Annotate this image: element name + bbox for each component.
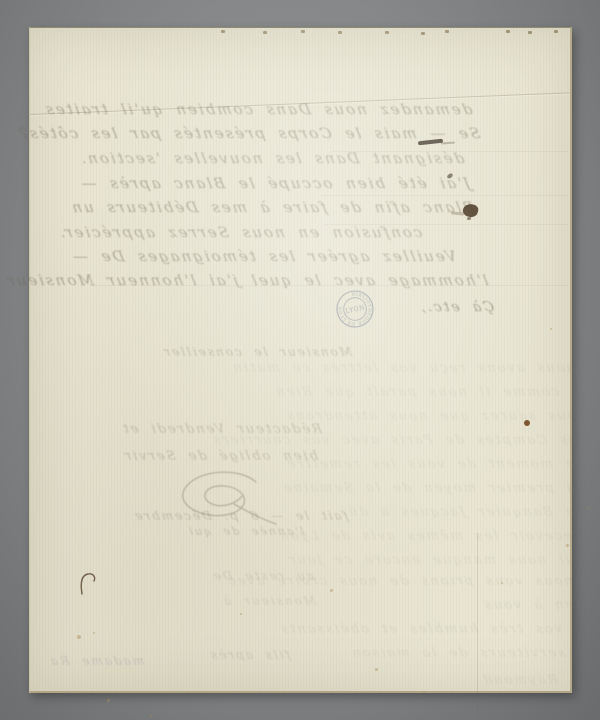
tape-residue (301, 30, 305, 33)
foxing-speck (566, 544, 569, 547)
foxing-speck (330, 589, 333, 592)
stamp-center-text: LYON (345, 304, 366, 315)
tape-residue (506, 30, 510, 33)
handwriting-line: Raymond (461, 673, 559, 688)
library-stamp: BIBLIOTHÈQUE DE LYON LYON (331, 285, 378, 332)
handwriting-line: Se — mais le Corps présentés par les côt… (72, 124, 482, 142)
tape-residue (421, 32, 425, 35)
handwriting-line: fait le — 6 p. Décembre (201, 509, 350, 523)
tape-residue (445, 30, 449, 33)
foxing-speck (550, 328, 552, 330)
handwriting-line: l'hommage avec le quel j'ai l'honneur Mo… (62, 271, 490, 289)
foxing-speck (501, 582, 503, 584)
tape-residue (554, 30, 558, 33)
handwriting-line: le Banquier Jacques a dû (338, 505, 581, 520)
handwriting-line: nous avons reçu vos lettres ce matin (358, 361, 576, 376)
handwriting-line: Monsieur à (237, 594, 318, 608)
ink-dot (524, 420, 530, 426)
handwriting-line: désignant Dans les nouvelles 'section. (88, 149, 466, 167)
tape-residue (385, 31, 389, 34)
tape-residue (528, 31, 532, 34)
handwriting-line: vous saurez que nous attendrons (333, 409, 586, 424)
handwriting-line: bien à vous (448, 598, 591, 613)
scan-photo-background: BIBLIOTHÈQUE DE LYON LYON demandez nous … (0, 0, 600, 720)
foxing-speck (240, 613, 242, 615)
handwriting-line: J'ai été bien occupé le Blanc après — (62, 174, 472, 192)
foxing-speck (588, 507, 590, 509)
handwriting-line: madame Ra (69, 654, 146, 668)
handwriting-line: vos très humbles et obéissants (320, 622, 563, 637)
handwriting-line: au premier moyen de la Semaine (331, 481, 586, 496)
handwriting-line: serviteurs de la maison (328, 646, 566, 661)
tape-residue (263, 31, 267, 34)
foxing-speck (77, 635, 81, 639)
handwriting-line: nous vous prions de nous croire avec (316, 574, 574, 589)
ink-blot (467, 217, 471, 220)
handwriting-line: Blanc afin de faire à mes Débiteurs un (62, 198, 476, 216)
handwriting-line: Veuillez agréer les témoignages De — (62, 247, 458, 265)
handwriting-line: demandez nous Dans combien qu'il traites (98, 100, 474, 118)
foxing-speck (107, 699, 110, 702)
tape-residue (221, 30, 225, 33)
handwriting-line: recevoir les mêmes avis de Lyon (333, 529, 581, 544)
handwriting-line: il nous manque encore ce jour (328, 553, 571, 568)
handwriting-line: Çà etc., (414, 299, 495, 315)
tape-residue (338, 31, 342, 34)
ink-curl-mark (78, 572, 98, 596)
ink-dash (441, 142, 455, 145)
foxing-speck (375, 668, 378, 671)
foxing-speck (150, 715, 152, 717)
foxing-speck (93, 632, 95, 634)
handwriting-line: des Comptes de Paris avec vos courriers (330, 433, 588, 448)
handwriting-line: Monsieur le conseiller (195, 345, 354, 359)
handwriting-line: confusion en nous Serrez apprécier. (70, 223, 424, 241)
foxing-speck (423, 691, 425, 693)
letter-page: BIBLIOTHÈQUE DE LYON LYON demandez nous … (29, 27, 572, 693)
handwriting-line: fils après (217, 648, 292, 662)
handwriting-line: au reste De (225, 569, 316, 583)
impressed-line (320, 195, 568, 196)
handwriting-line: et comme il nous paraît que Rien (340, 385, 588, 400)
handwriting-line: le moment de vous les remettre (328, 457, 581, 472)
